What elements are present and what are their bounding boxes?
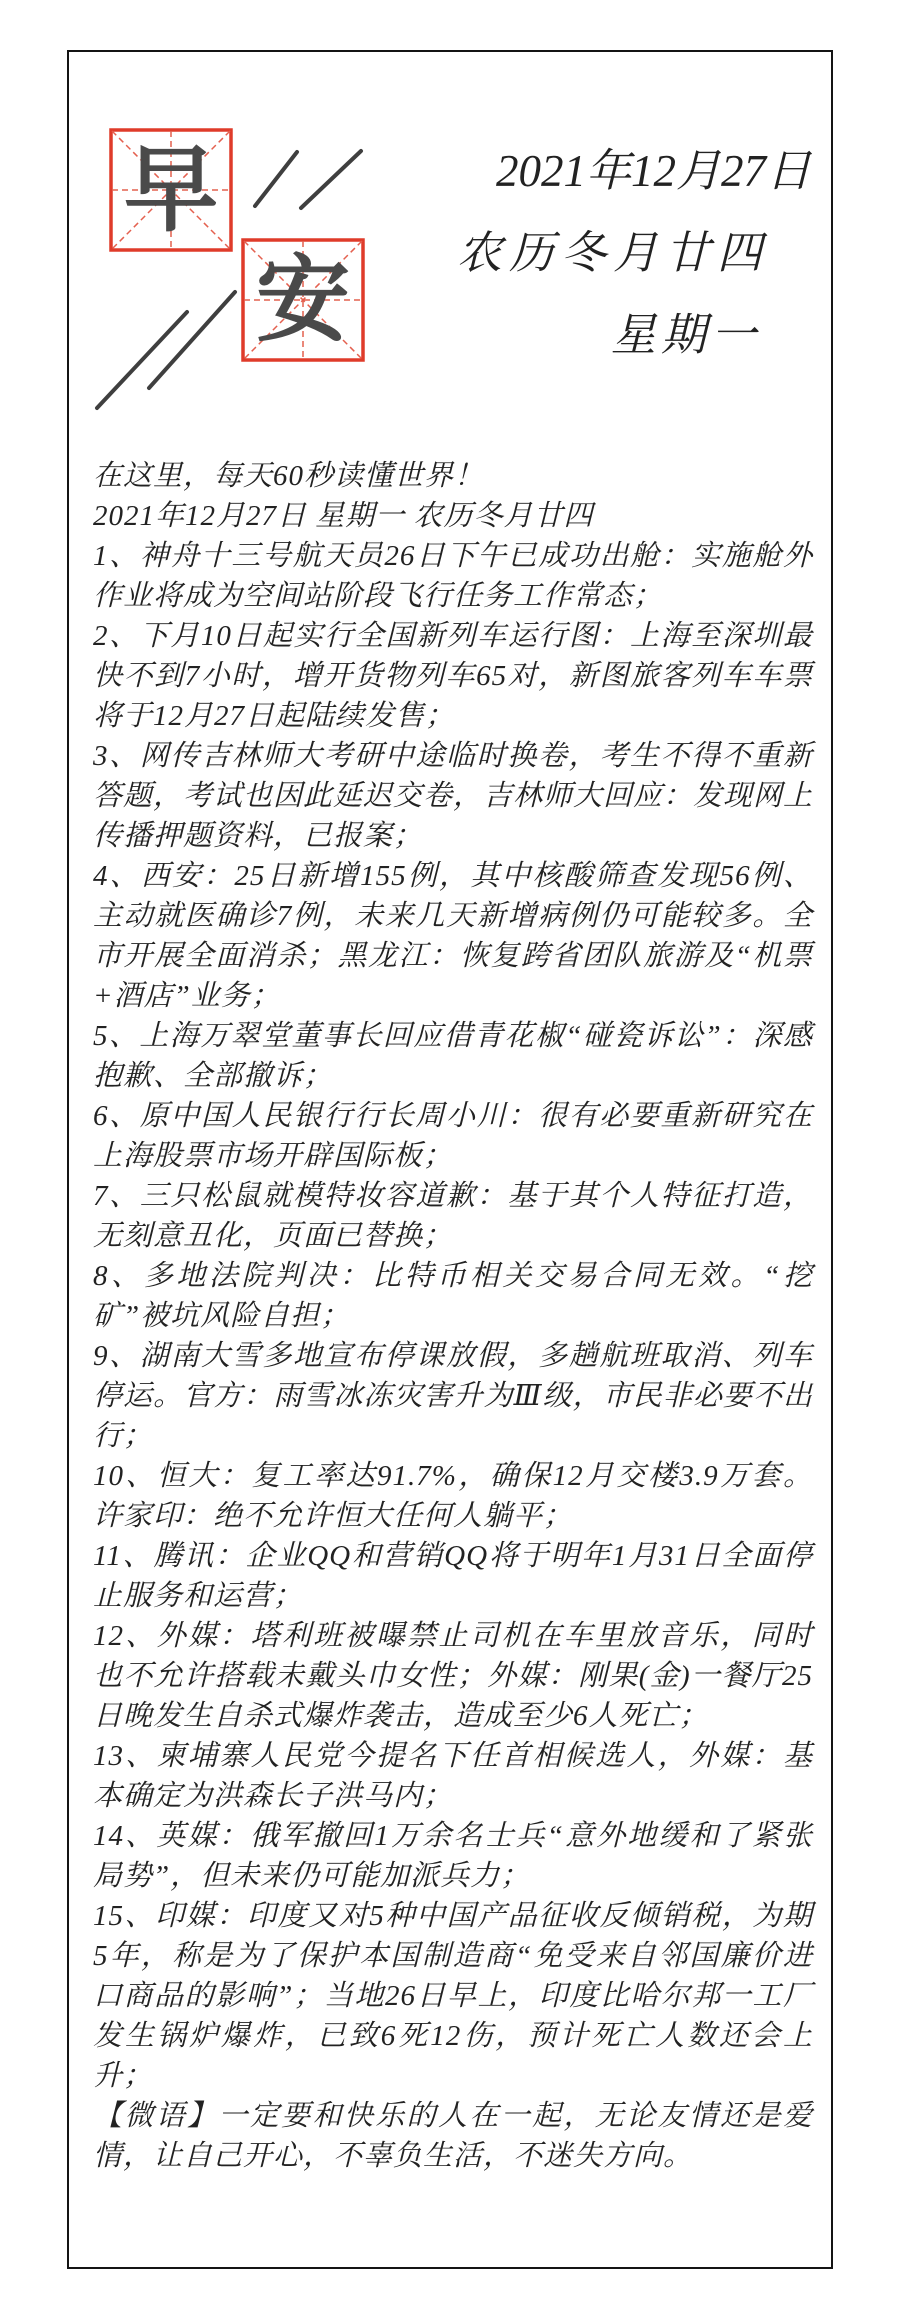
double-slash-icon bbox=[249, 146, 367, 212]
news-item: 6、原中国人民银行行长周小川：很有必要重新研究在上海股票市场开辟国际板； bbox=[93, 1096, 813, 1176]
news-item: 11、腾讯：企业QQ和营销QQ将于明年1月31日全面停止服务和运营； bbox=[93, 1536, 813, 1616]
calligraphy-box-an: 安 bbox=[241, 238, 365, 362]
morning-news-page: { "header": { "boxed_chars": { "first": … bbox=[0, 0, 900, 2320]
news-item: 9、湖南大雪多地宣布停课放假，多趟航班取消、列车停运。官方：雨雪冰冻灾害升为Ⅲ级… bbox=[93, 1336, 813, 1456]
news-digest-body: 在这里，每天60秒读懂世界！ 2021年12月27日 星期一 农历冬月廿四 1、… bbox=[93, 456, 813, 2176]
news-item: 8、多地法院判决：比特币相关交易合同无效。“挖矿”被坑风险自担； bbox=[93, 1256, 813, 1336]
news-item: 12、外媒：塔利班被曝禁止司机在车里放音乐，同时也不允许搭载未戴头巾女性；外媒：… bbox=[93, 1616, 813, 1736]
header-date-line: 2021年12月27日 bbox=[457, 130, 811, 212]
news-item: 5、上海万翠堂董事长回应借青花椒“碰瓷诉讼”：深感抱歉、全部撤诉； bbox=[93, 1016, 813, 1096]
double-slash-icon bbox=[91, 262, 241, 414]
calligraphy-box-zao: 早 bbox=[109, 128, 233, 252]
news-item: 14、英媒：俄军撤回1万余名士兵“意外地缓和了紧张局势”，但未来仍可能加派兵力； bbox=[93, 1816, 813, 1896]
date-heading: 2021年12月27日 星期一 农历冬月廿四 bbox=[93, 496, 813, 536]
header-date-block: 2021年12月27日 农历冬月廿四 星期一 bbox=[457, 130, 811, 376]
news-item: 10、恒大：复工率达91.7%，确保12月交楼3.9万套。许家印：绝不允许恒大任… bbox=[93, 1456, 813, 1536]
tagline: 在这里，每天60秒读懂世界！ bbox=[93, 456, 813, 496]
boxed-char-an: 安 bbox=[241, 238, 365, 362]
weiyu-quote: 【微语】一定要和快乐的人在一起，无论友情还是爱情，让自己开心，不辜负生活，不迷失… bbox=[93, 2096, 813, 2176]
news-item: 7、三只松鼠就模特妆容道歉：基于其个人特征打造，无刻意丑化，页面已替换； bbox=[93, 1176, 813, 1256]
page-border-frame: 早 安 2021年12月27日 农历冬月廿四 星期一 在这里，每天60秒读懂世界… bbox=[67, 50, 833, 2269]
news-item: 3、网传吉林师大考研中途临时换卷，考生不得不重新答题，考试也因此延迟交卷，吉林师… bbox=[93, 736, 813, 856]
header-lunar-date-line: 农历冬月廿四 bbox=[457, 212, 769, 294]
news-item: 1、神舟十三号航天员26日下午已成功出舱：实施舱外作业将成为空间站阶段飞行任务工… bbox=[93, 536, 813, 616]
news-item: 2、下月10日起实行全国新列车运行图：上海至深圳最快不到7小时，增开货物列车65… bbox=[93, 616, 813, 736]
news-item: 4、西安：25日新增155例，其中核酸筛查发现56例、主动就医确诊7例，未来几天… bbox=[93, 856, 813, 1016]
boxed-char-zao: 早 bbox=[109, 128, 233, 252]
news-item: 13、柬埔寨人民党今提名下任首相候选人，外媒：基本确定为洪森长子洪马内； bbox=[93, 1736, 813, 1816]
news-item: 15、印媒：印度又对5种中国产品征收反倾销税，为期5年，称是为了保护本国制造商“… bbox=[93, 1896, 813, 2096]
header-weekday-line: 星期一 bbox=[457, 294, 761, 376]
